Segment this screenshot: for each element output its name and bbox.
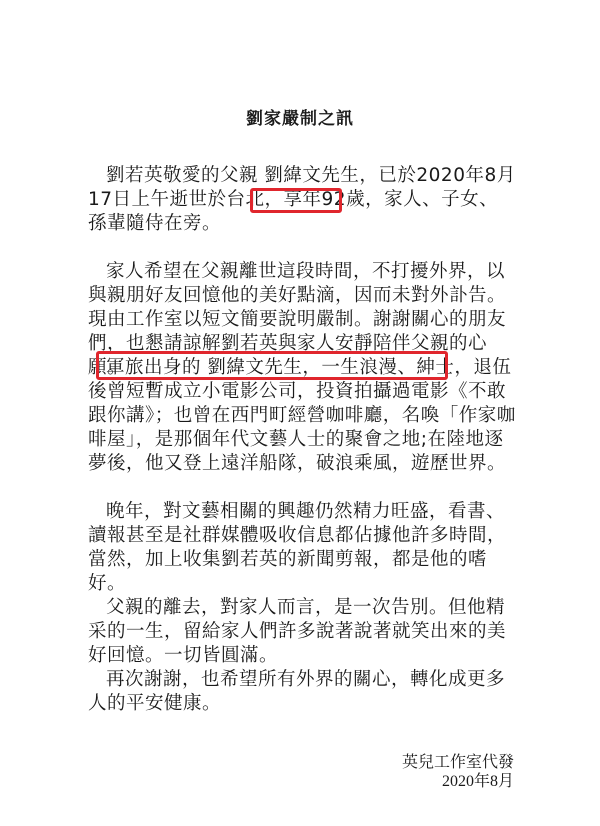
paragraph-farewell: 父親的離去，對家人而言，是一次告別。但他精采的一生，留給家人們許多說著說著就笑出… [88, 596, 516, 668]
paragraph-thanks: 再次謝謝，也希望所有外界的關心，轉化成更多人的平安健康。 [88, 668, 516, 716]
paragraph-later-years: 晚年，對文藝相關的興趣仍然精力旺盛，看書、讀報甚至是社群媒體吸收信息都佔據他許多… [88, 500, 516, 596]
document-title: 劉家嚴制之訊 [0, 104, 600, 129]
highlight-box-age [250, 188, 342, 213]
signature-date: 2020年8月 [402, 772, 514, 792]
signature-block: 英兒工作室代發 2020年8月 [402, 752, 514, 792]
signature-issuer: 英兒工作室代發 [402, 752, 514, 772]
highlight-box-background [96, 351, 448, 380]
